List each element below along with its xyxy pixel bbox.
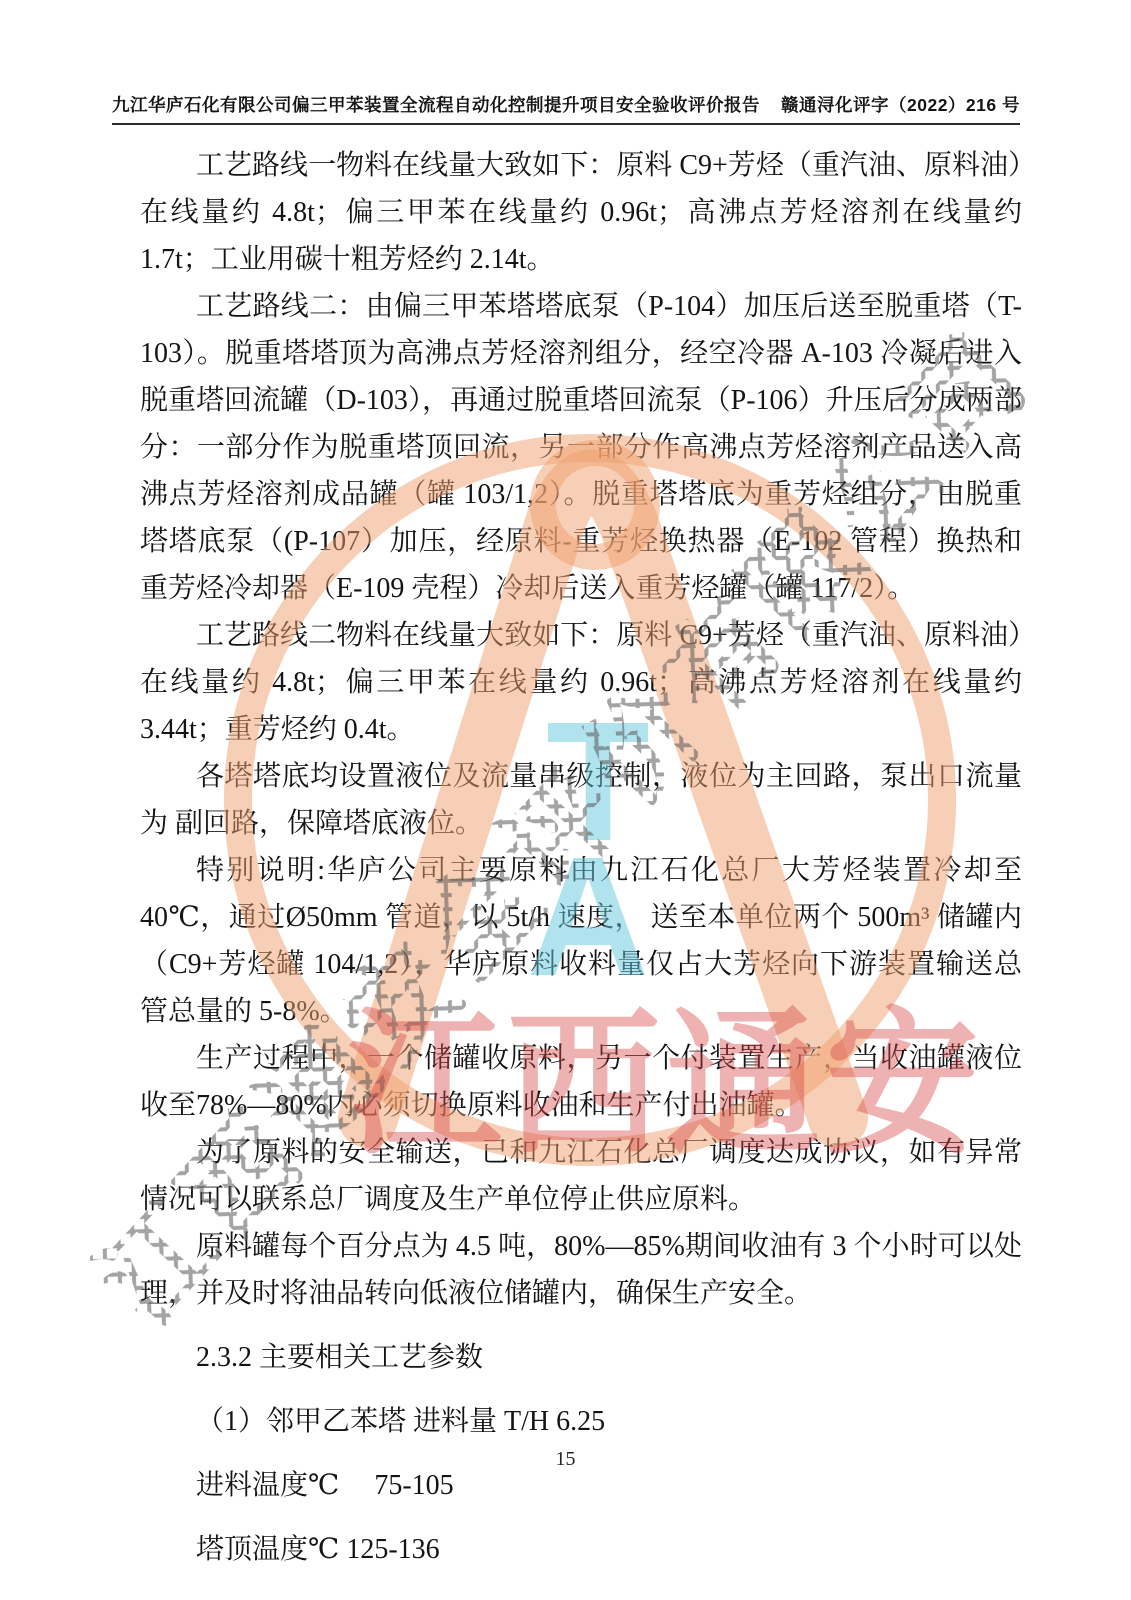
paragraph: 各塔塔底均设置液位及流量串级控制，液位为主回路，泵出口流量为 副回路，保障塔底液… [140,753,1022,847]
paragraph: 工艺路线二物料在线量大致如下：原料 C9+芳烃（重汽油、原料油）在线量约 4.8… [140,612,1022,753]
document-body: 工艺路线一物料在线量大致如下：原料 C9+芳烃（重汽油、原料油）在线量约 4.8… [140,142,1022,1573]
paragraph: 为了原料的安全输送，已和九江石化总厂调度达成协议，如有异常情况可以联系总厂调度及… [140,1129,1022,1223]
paragraph: 工艺路线一物料在线量大致如下：原料 C9+芳烃（重汽油、原料油）在线量约 4.8… [140,142,1022,283]
document-number: 赣通浔化评字（2022）216 号 [781,92,1020,118]
paragraph: 生产过程中，一个储罐收原料，另一个付装置生产，当收油罐液位收至78%—80%内必… [140,1035,1022,1129]
paragraph: 原料罐每个百分点为 4.5 吨，80%—85%期间收油有 3 个小时可以处理，并… [140,1223,1022,1317]
document-page: 九江华庐石化有限公司偏三甲苯装置全流程自动化控制提升项目安全验收评价报告 赣通浔… [0,0,1131,1600]
page-header: 九江华庐石化有限公司偏三甲苯装置全流程自动化控制提升项目安全验收评价报告 赣通浔… [112,92,1020,125]
section-heading: 2.3.2 主要相关工艺参数 [140,1334,1022,1381]
parameter-line: 塔顶温度℃ 125-136 [140,1526,1022,1573]
report-title: 九江华庐石化有限公司偏三甲苯装置全流程自动化控制提升项目安全验收评价报告 [112,92,760,118]
paragraph: 工艺路线二：由偏三甲苯塔塔底泵（P-104）加压后送至脱重塔（T-103）。脱重… [140,283,1022,612]
page-number: 15 [0,1448,1131,1471]
parameter-line: （1）邻甲乙苯塔 进料量 T/H 6.25 [140,1398,1022,1445]
paragraph: 特别说明:华庐公司主要原料由九江石化总厂大芳烃装置冷却至 40℃，通过Ø50mm… [140,847,1022,1035]
